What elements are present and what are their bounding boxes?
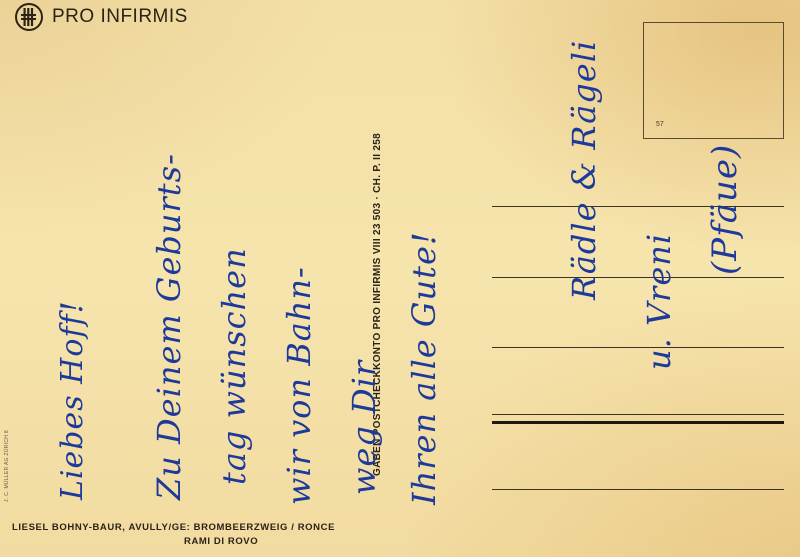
stamp-box: 57 <box>643 22 784 139</box>
address-line-thick <box>492 421 784 424</box>
message-line-5: weg Dir <box>345 360 383 495</box>
header: PRO INFIRMIS <box>14 2 188 32</box>
address-recipient-2: u. Vreni <box>640 233 678 370</box>
message-line-1: Liebes Hoff! <box>55 300 90 500</box>
message-line-2: Zu Deinem Geburts- <box>150 153 188 500</box>
address-line-2 <box>492 277 784 278</box>
stamp-number: 57 <box>656 121 664 128</box>
address-line-3 <box>492 347 784 348</box>
caption-line-2: RAMI DI ROVO <box>12 535 335 549</box>
pro-infirmis-logo-icon <box>14 2 44 32</box>
postcard: PRO INFIRMIS 57 GABEN POSTCHECKKONTO PRO… <box>0 0 800 557</box>
address-recipient-1: Rädle & Rägeli <box>565 40 603 300</box>
artwork-caption: LIESEL BOHNY-BAUR, AVULLY/GE: BROMBEERZW… <box>12 521 335 549</box>
printer-credit: J. C. MÜLLER AG ZÜRICH 8 <box>4 430 10 502</box>
brand-name: PRO INFIRMIS <box>52 6 188 28</box>
message-line-6: Ihren alle Gute! <box>405 231 443 505</box>
caption-line-1: LIESEL BOHNY-BAUR, AVULLY/GE: BROMBEERZW… <box>12 521 335 535</box>
address-recipient-3: (Pfäue) <box>705 144 745 275</box>
message-line-3: tag wünschen <box>215 247 253 485</box>
message-line-4: wir von Bahn- <box>280 266 318 505</box>
address-line-5 <box>492 489 784 490</box>
address-line-4 <box>492 414 784 415</box>
